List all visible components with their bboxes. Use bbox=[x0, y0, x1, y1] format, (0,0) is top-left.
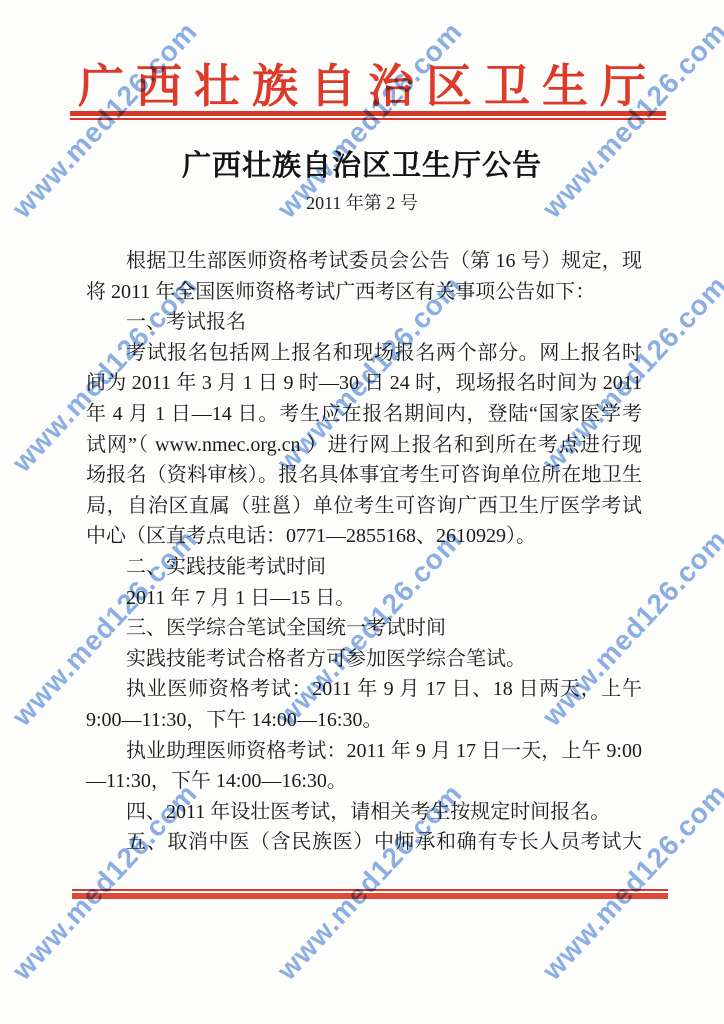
document-title: 广西壮族自治区卫生厅公告 bbox=[0, 143, 724, 184]
body-line: 间为 2011 年 3 月 1 日 9 时—30 日 24 时，现场报名时间为 … bbox=[86, 368, 642, 399]
body-line: 一、考试报名 bbox=[86, 307, 642, 338]
divider-thin-line bbox=[70, 118, 666, 120]
body-line: 9:00—11:30，下午 14:00—16:30。 bbox=[86, 705, 642, 736]
body-line: 二、实践技能考试时间 bbox=[86, 552, 642, 583]
body-line: 2011 年 7 月 1 日—15 日。 bbox=[86, 583, 642, 614]
body-line: 场报名（资料审核）。报名具体事宜考生可咨询单位所在地卫生 bbox=[86, 460, 642, 491]
footer-divider-rule bbox=[72, 889, 668, 899]
body-line: 考试报名包括网上报名和现场报名两个部分。网上报名时 bbox=[86, 338, 642, 369]
body-line: 三、医学综合笔试全国统一考试时间 bbox=[86, 613, 642, 644]
document-number: 2011 年第 2 号 bbox=[0, 189, 724, 215]
divider-thick-line bbox=[72, 893, 668, 899]
document-body: 根据卫生部医师资格考试委员会公告（第 16 号）规定，现将 2011 年全国医师… bbox=[86, 246, 642, 858]
letterhead-agency-name: 广西壮族自治区卫生厅 bbox=[48, 50, 676, 116]
body-line: 五、取消中医（含民族医）中师承和确有专长人员考试大 bbox=[86, 827, 642, 858]
body-line: 局，自治区直属（驻邕）单位考生可咨询广西卫生厅医学考试 bbox=[86, 491, 642, 522]
scanned-document-page: 广西壮族自治区卫生厅 广西壮族自治区卫生厅公告 2011 年第 2 号 根据卫生… bbox=[0, 0, 724, 1024]
body-line: 中心（区直考点电话：0771—2855168、2610929）。 bbox=[86, 521, 642, 552]
body-line: 根据卫生部医师资格考试委员会公告（第 16 号）规定，现 bbox=[86, 246, 642, 277]
body-line: 实践技能考试合格者方可参加医学综合笔试。 bbox=[86, 644, 642, 675]
body-line: 执业医师资格考试：2011 年 9 月 17 日、18 日两天，上午 bbox=[86, 674, 642, 705]
body-line: 试网”（ www.nmec.org.cn ）进行网上报名和到所在考点进行现 bbox=[86, 430, 642, 461]
body-line: 执业助理医师资格考试：2011 年 9 月 17 日一天，上午 9:00 bbox=[86, 736, 642, 767]
body-line: 四、2011 年设壮医考试，请相关考生按规定时间报名。 bbox=[86, 797, 642, 828]
body-line: 年 4 月 1 日—14 日。考生应在报名期间内，登陆“国家医学考 bbox=[86, 399, 642, 430]
letterhead-divider-rule bbox=[70, 111, 666, 120]
body-line: 将 2011 年全国医师资格考试广西考区有关事项公告如下： bbox=[86, 277, 642, 308]
body-line: —11:30，下午 14:00—16:30。 bbox=[86, 766, 642, 797]
